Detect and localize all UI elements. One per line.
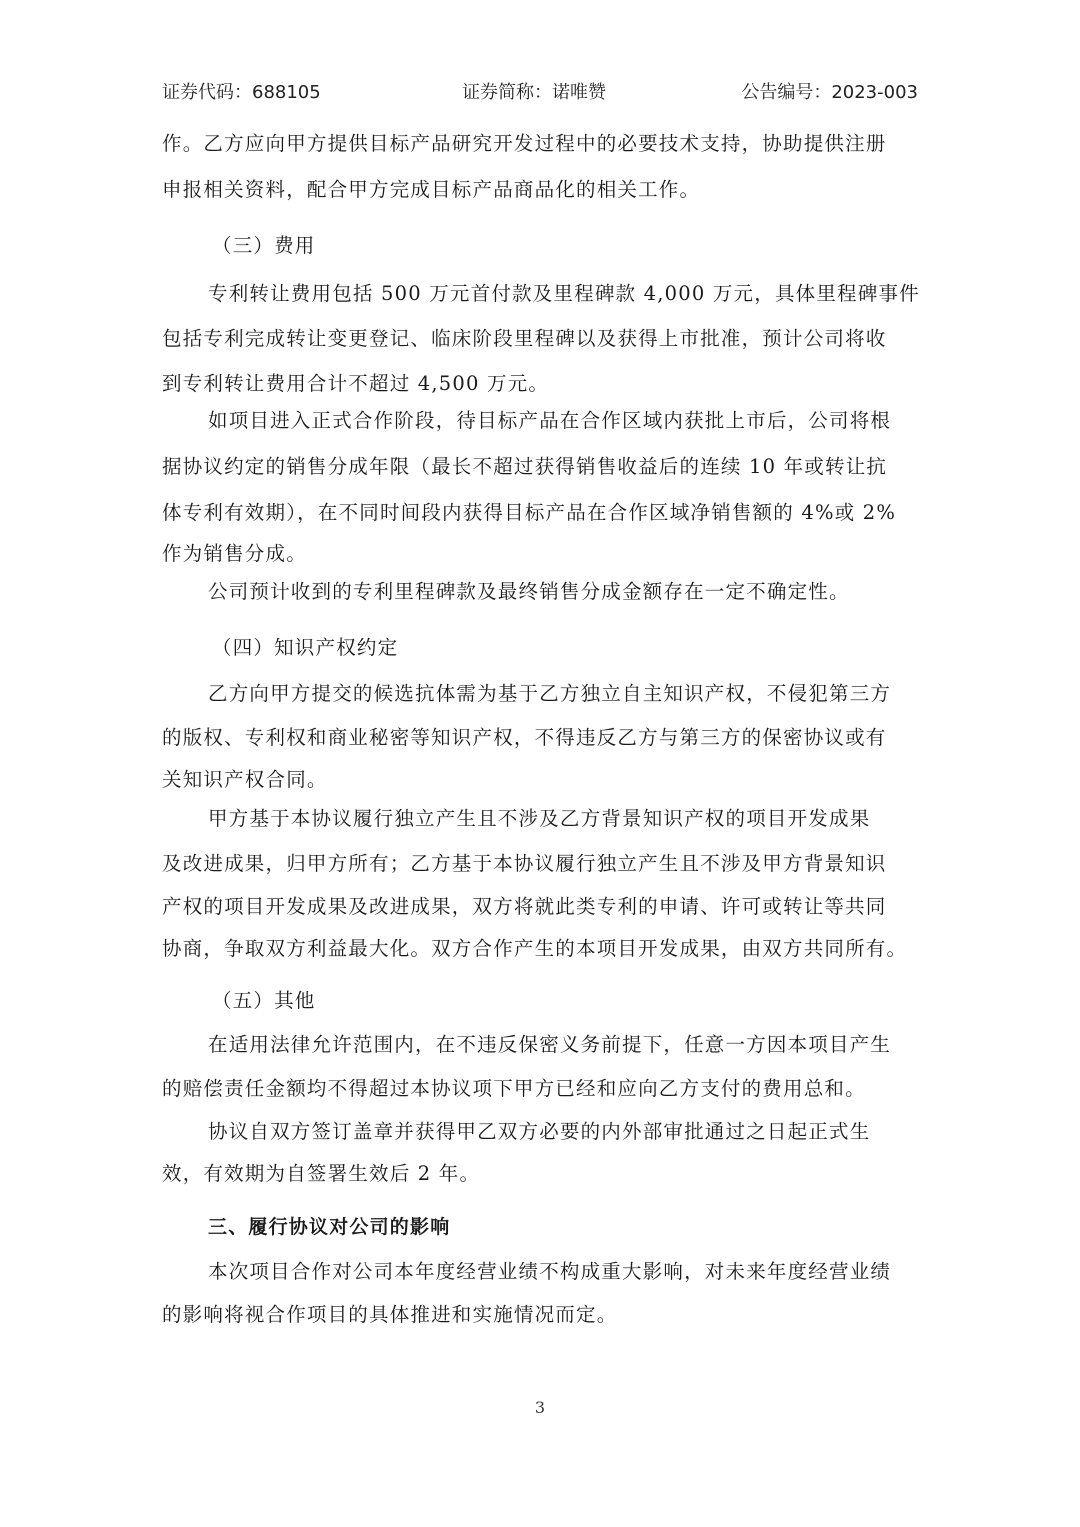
text-line: 公司预计收到的专利里程碑款及最终销售分成金额存在一定不确定性。 bbox=[208, 578, 850, 606]
text-line: 效，有效期为自签署生效后 2 年。 bbox=[162, 1160, 480, 1188]
text-line: 体专利有效期），在不同时间段内获得目标产品在合作区域净销售额的 4%或 2% bbox=[162, 499, 896, 527]
announcement-number: 公告编号：2023-003 bbox=[741, 78, 918, 104]
text-line: 专利转让费用包括 500 万元首付款及里程碑款 4,000 万元，具体里程碑事件 bbox=[208, 280, 920, 308]
text-line: 及改进成果，归甲方所有；乙方基于本协议履行独立产生且不涉及甲方背景知识 bbox=[162, 850, 887, 878]
text-line: 协商，争取双方利益最大化。双方合作产生的本项目开发成果，由双方共同所有。 bbox=[162, 935, 907, 963]
section-heading: 三、履行协议对公司的影响 bbox=[208, 1213, 450, 1241]
text-line: 申报相关资料，配合甲方完成目标产品商品化的相关工作。 bbox=[162, 176, 700, 204]
section-heading: （三）费用 bbox=[212, 232, 316, 260]
stock-code: 证券代码：688105 bbox=[162, 78, 321, 104]
page-number: 3 bbox=[0, 1398, 1080, 1417]
text-line: 到专利转让费用合计不超过 4,500 万元。 bbox=[162, 370, 549, 398]
text-line: 作。乙方应向甲方提供目标产品研究开发过程中的必要技术支持，协助提供注册 bbox=[162, 130, 887, 158]
text-line: 在适用法律允许范围内，在不违反保密义务前提下，任意一方因本项目产生 bbox=[208, 1031, 891, 1059]
text-line: 如项目进入正式合作阶段，待目标产品在合作区域内获批上市后，公司将根 bbox=[208, 407, 891, 435]
text-line: 关知识产权合同。 bbox=[162, 766, 328, 794]
text-line: 据协议约定的销售分成年限（最长不超过获得销售收益后的连续 10 年或转让抗 bbox=[162, 453, 887, 481]
text-line: 的影响将视合作项目的具体推进和实施情况而定。 bbox=[162, 1301, 617, 1329]
stock-name: 证券简称：诺唯赞 bbox=[462, 78, 606, 104]
section-heading: （五）其他 bbox=[212, 987, 316, 1015]
text-line: 乙方向甲方提交的候选抗体需为基于乙方独立自主知识产权，不侵犯第三方 bbox=[208, 680, 891, 708]
text-line: 的赔偿责任金额均不得超过本协议项下甲方已经和应向乙方支付的费用总和。 bbox=[162, 1075, 866, 1103]
text-line: 甲方基于本协议履行独立产生且不涉及乙方背景知识产权的项目开发成果 bbox=[208, 805, 870, 833]
text-line: 包括专利完成转让变更登记、临床阶段里程碑以及获得上市批准，预计公司将收 bbox=[162, 325, 887, 353]
text-line: 产权的项目开发成果及改进成果，双方将就此类专利的申请、许可或转让等共同 bbox=[162, 893, 887, 921]
text-line: 的版权、专利权和商业秘密等知识产权，不得违反乙方与第三方的保密协议或有 bbox=[162, 724, 887, 752]
text-line: 协议自双方签订盖章并获得甲乙双方必要的内外部审批通过之日起正式生 bbox=[208, 1118, 870, 1146]
text-line: 本次项目合作对公司本年度经营业绩不构成重大影响，对未来年度经营业绩 bbox=[208, 1258, 891, 1286]
page-header: 证券代码：688105 证券简称：诺唯赞 公告编号：2023-003 bbox=[162, 78, 918, 106]
section-heading: （四）知识产权约定 bbox=[212, 634, 398, 662]
text-line: 作为销售分成。 bbox=[162, 540, 307, 568]
